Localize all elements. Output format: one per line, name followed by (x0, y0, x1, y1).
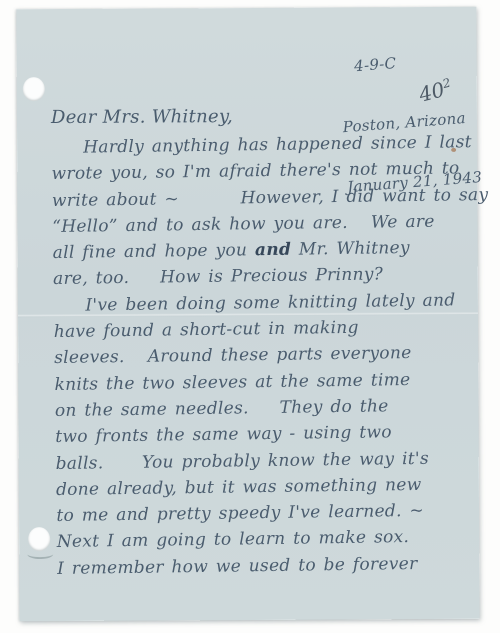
line-suffix: Mr. Whitney (291, 238, 410, 260)
letter-paper: 4-9-C Poston, Arizona January 21, 1943 4… (16, 7, 479, 621)
camp-address: 4-9-C (337, 47, 473, 77)
hole-punch-top (23, 77, 45, 101)
letter-body: Hardly anything has happened since I las… (51, 129, 481, 582)
salutation: Dear Mrs. Whitney, (51, 106, 233, 128)
emphasized-word: and (255, 240, 291, 261)
hole-punch-shadow (27, 549, 53, 559)
line-prefix: all fine and hope you (53, 240, 256, 263)
hole-punch-bottom (28, 527, 50, 551)
letter-line: I remember how we used to be forever (57, 550, 481, 582)
scanned-letter-background: 4-9-C Poston, Arizona January 21, 1943 4… (0, 0, 500, 633)
